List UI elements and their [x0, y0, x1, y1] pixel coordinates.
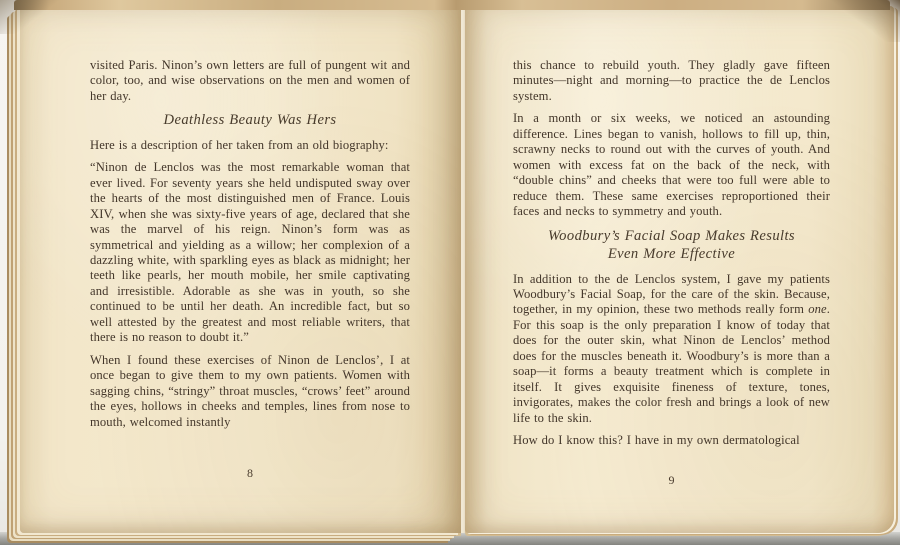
section-heading: Woodbury’s Facial Soap Makes Results Eve… [513, 227, 830, 264]
right-page: this chance to rebuild youth. They gladl… [465, 6, 894, 533]
paragraph-text: . For this soap is the only preparation … [513, 302, 830, 424]
paragraph: In a month or six weeks, we noticed an a… [513, 111, 830, 219]
paragraph-text: In addition to the de Lenclos system, I … [513, 272, 830, 317]
open-book-spread: visited Paris. Ninon’s own letters are f… [6, 0, 894, 534]
paragraph: When I found these exercises of Ninon de… [90, 353, 410, 430]
corner-shadow-top-right [820, 0, 900, 42]
page-number: 9 [513, 473, 830, 488]
paragraph: visited Paris. Ninon’s own letters are f… [90, 58, 410, 104]
section-heading-line-1: Woodbury’s Facial Soap Makes Results [513, 227, 830, 246]
paragraph: In addition to the de Lenclos system, I … [513, 272, 830, 427]
left-page-text-column: visited Paris. Ninon’s own letters are f… [90, 58, 410, 437]
emphasized-word: one [808, 302, 826, 316]
section-heading-line-2: Even More Effective [513, 245, 830, 264]
paragraph: How do I know this? I have in my own der… [513, 433, 830, 448]
paragraph: Here is a description of her taken from … [90, 138, 410, 153]
book-scan-scene: visited Paris. Ninon’s own letters are f… [0, 0, 900, 545]
right-page-text-column: this chance to rebuild youth. They gladl… [513, 58, 830, 456]
left-page: visited Paris. Ninon’s own letters are f… [20, 6, 461, 533]
corner-shadow-top-left [0, 0, 90, 34]
quoted-paragraph: “Ninon de Lenclos was the most remarkabl… [90, 160, 410, 345]
book-top-page-edges [14, 0, 890, 10]
paragraph: this chance to rebuild youth. They gladl… [513, 58, 830, 104]
page-number: 8 [90, 466, 410, 481]
section-heading: Deathless Beauty Was Hers [90, 111, 410, 130]
